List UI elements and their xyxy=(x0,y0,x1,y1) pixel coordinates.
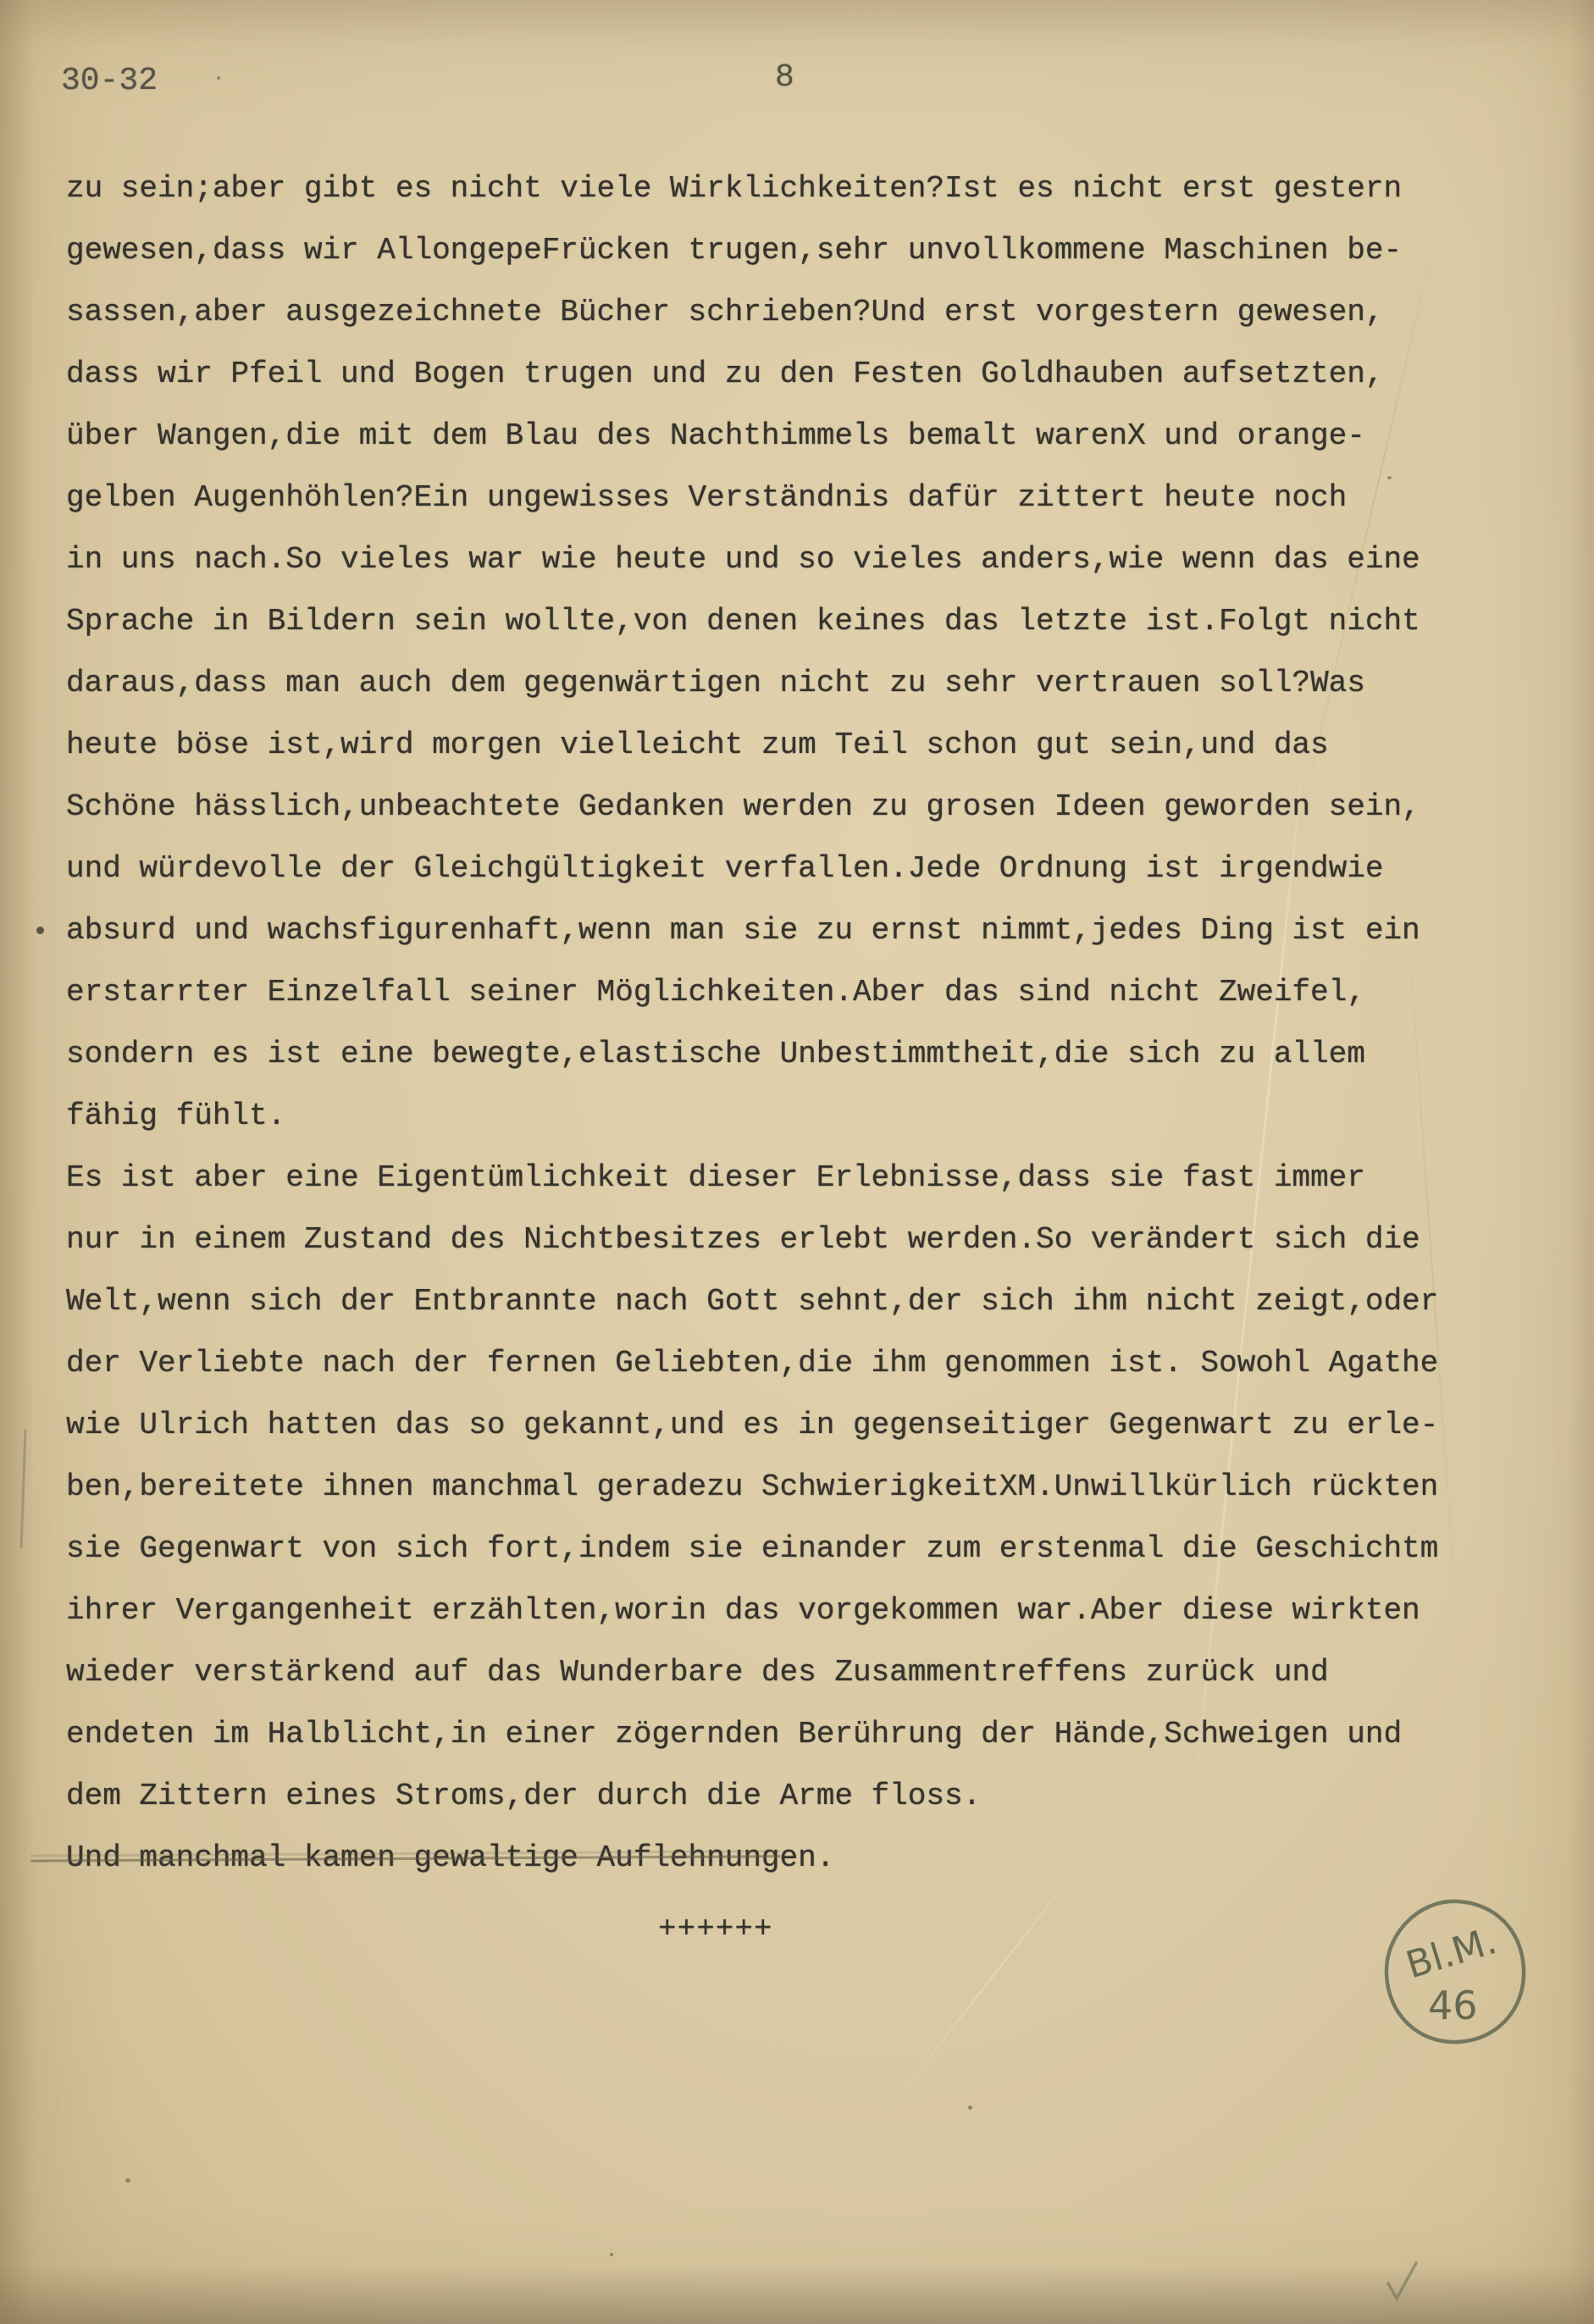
typescript-line: Und manchmal kamen gewaltige Auflehnunge… xyxy=(66,1827,1557,1889)
typescript-line: Schöne hässlich,unbeachtete Gedanken wer… xyxy=(66,776,1557,838)
typescript-line: der Verliebte nach der fernen Geliebten,… xyxy=(66,1332,1557,1394)
archive-number: 30-32 xyxy=(61,63,158,99)
typescript-line: dem Zittern eines Stroms,der durch die A… xyxy=(66,1765,1557,1827)
typescript-line: Welt,wenn sich der Entbrannte nach Gott … xyxy=(66,1270,1557,1332)
typescript-line: endeten im Halblicht,in einer zögernden … xyxy=(66,1703,1557,1765)
typescript-line: heute böse ist,wird morgen vielleicht zu… xyxy=(66,714,1557,776)
typescript-line: wieder verstärkend auf das Wunderbare de… xyxy=(66,1641,1557,1703)
typescript-line: fähig fühlt. xyxy=(66,1085,1557,1147)
typescript-page: 30-32 8 zu sein;aber gibt es nicht viele… xyxy=(0,0,1594,2324)
typescript-line: Sprache in Bildern sein wollte,von denen… xyxy=(66,590,1557,652)
typescript-line: über Wangen,die mit dem Blau des Nachthi… xyxy=(66,405,1557,467)
typescript-line: erstarrter Einzelfall seiner Möglichkeit… xyxy=(66,961,1557,1023)
ink-speck xyxy=(36,927,44,934)
paper-speck xyxy=(610,2253,613,2256)
typescript-line: daraus,dass man auch dem gegenwärtigen n… xyxy=(66,652,1557,714)
strike-line xyxy=(30,1855,781,1862)
typescript-line: und würdevolle der Gleichgültigkeit verf… xyxy=(66,838,1557,899)
typescript-line: ben,bereitete ihnen manchmal geradezu Sc… xyxy=(66,1456,1557,1518)
typescript-line: gewesen,dass wir AllongepeFrücken trugen… xyxy=(66,219,1557,281)
typescript-line: dass wir Pfeil und Bogen trugen und zu d… xyxy=(66,343,1557,405)
typescript-line: sassen,aber ausgezeichnete Bücher schrie… xyxy=(66,281,1557,343)
page-number: 8 xyxy=(775,59,794,96)
stamp-text-line2: 46 xyxy=(1428,1983,1478,2028)
pencil-checkmark xyxy=(1386,2260,1421,2304)
typescript-line: sondern es ist eine bewegte,elastische U… xyxy=(66,1023,1557,1085)
typescript-line: ihrer Vergangenheit erzählten,worin das … xyxy=(66,1580,1557,1641)
typescript-line: Es ist aber eine Eigentümlichkeit dieser… xyxy=(66,1147,1557,1209)
typescript-line: nur in einem Zustand des Nichtbesitzes e… xyxy=(66,1209,1557,1270)
pencil-margin-mark xyxy=(20,1430,27,1548)
typescript-line: absurd und wachsfigurenhaft,wenn man sie… xyxy=(66,899,1557,961)
typescript-line: zu sein;aber gibt es nicht viele Wirklic… xyxy=(66,158,1557,219)
typescript-line: wie Ulrich hatten das so gekannt,und es … xyxy=(66,1394,1557,1456)
paper-speck xyxy=(217,76,220,80)
typescript-line: in uns nach.So vieles war wie heute und … xyxy=(66,528,1557,590)
paper-speck xyxy=(125,2178,130,2183)
archive-stamp: Bl.M. 46 xyxy=(1379,1895,1531,2048)
typescript-line: gelben Augenhöhlen?Ein ungewisses Verstä… xyxy=(66,467,1557,528)
separator-marks: ++++++ xyxy=(658,1902,773,1956)
typescript-body: zu sein;aber gibt es nicht viele Wirklic… xyxy=(66,158,1557,1889)
stamp-text-line1: Bl.M. xyxy=(1401,1919,1502,1987)
typescript-line: sie Gegenwart von sich fort,indem sie ei… xyxy=(66,1518,1557,1580)
paper-speck xyxy=(968,2105,972,2110)
